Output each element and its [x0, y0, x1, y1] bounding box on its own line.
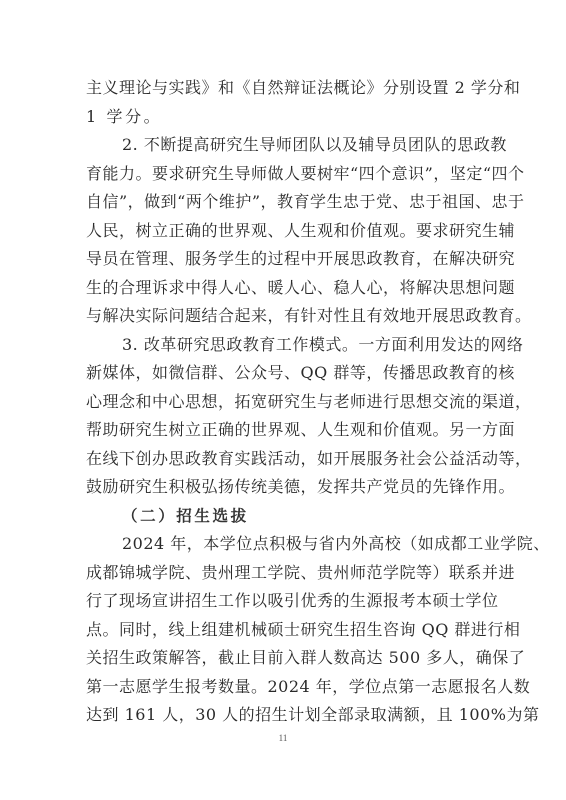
text-line: 成都锦城学院、贵州理工学院、贵州师范学院等）联系并进	[86, 559, 486, 588]
text-line: 第一志愿学生报考数量。2024 年，学位点第一志愿报名人数	[86, 673, 486, 702]
text-line: 人民，树立正确的世界观、人生观和价值观。要求研究生辅	[86, 217, 486, 246]
text-line: 主义理论与实践》和《自然辩证法概论》分别设置 2 学分和	[86, 74, 486, 103]
section-heading: （二）招生选拔	[86, 502, 486, 531]
text-line: 1 学分。	[86, 103, 486, 132]
text-line: 帮助研究生树立正确的世界观、人生观和价值观。另一方面	[86, 416, 486, 445]
document-page: 主义理论与实践》和《自然辩证法概论》分别设置 2 学分和 1 学分。 2. 不断…	[0, 0, 566, 800]
text-line: 生的合理诉求中得人心、暖人心、稳人心，将解决思想问题	[86, 274, 486, 303]
text-line: 育能力。要求研究生导师做人要树牢“四个意识”，坚定“四个	[86, 160, 486, 189]
text-line: 达到 161 人，30 人的招生计划全部录取满额，且 100%为第	[86, 701, 486, 730]
list-item-2-start: 2. 不断提高研究生导师团队以及辅导员团队的思政教	[86, 131, 486, 160]
text-line: 鼓励研究生积极弘扬传统美德，发挥共产党员的先锋作用。	[86, 473, 486, 502]
text-line: 行了现场宣讲招生工作以吸引优秀的生源报考本硕士学位	[86, 587, 486, 616]
list-item-3-start: 3. 改革研究思政教育工作模式。一方面利用发达的网络	[86, 331, 486, 360]
text-line: 自信”，做到“两个维护”，教育学生忠于党、忠于祖国、忠于	[86, 188, 486, 217]
page-number: 11	[0, 733, 566, 743]
text-line: 点。同时，线上组建机械硕士研究生招生咨询 QQ 群进行相	[86, 616, 486, 645]
body-text: 主义理论与实践》和《自然辩证法概论》分别设置 2 学分和 1 学分。 2. 不断…	[86, 74, 486, 730]
text-line: 与解决实际问题结合起来，有针对性且有效地开展思政教育。	[86, 302, 486, 331]
text-line: 导员在管理、服务学生的过程中开展思政教育，在解决研究	[86, 245, 486, 274]
text-line: 新媒体，如微信群、公众号、QQ 群等，传播思政教育的核	[86, 359, 486, 388]
text-line: 关招生政策解答，截止目前入群人数高达 500 多人，确保了	[86, 644, 486, 673]
paragraph-start: 2024 年，本学位点积极与省内外高校（如成都工业学院、	[86, 530, 486, 559]
text-line: 心理念和中心思想，拓宽研究生与老师进行思想交流的渠道，	[86, 388, 486, 417]
text-line: 在线下创办思政教育实践活动，如开展服务社会公益活动等，	[86, 445, 486, 474]
